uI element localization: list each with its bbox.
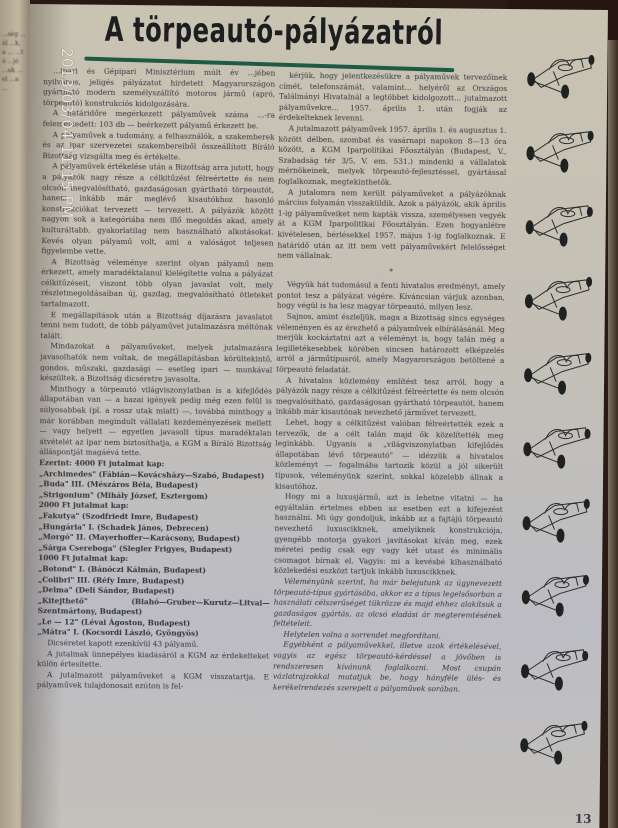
article-title: A törpeautó-pályázatról bbox=[105, 11, 444, 53]
paragraph: A pályaművek értékelése után a Bizottság… bbox=[41, 161, 274, 259]
mini-car-sketch-icon bbox=[518, 113, 599, 176]
paragraph: A hivatalos közlemény említést tesz arró… bbox=[276, 375, 504, 420]
paragraph: A jutalomra nem került pályaműveket a pá… bbox=[277, 187, 506, 264]
mini-car-sketch-icon bbox=[517, 261, 598, 324]
paragraph: A Bizottság véleménye szerint olyan pály… bbox=[41, 257, 274, 312]
paragraph: A jutalmak ünnepélyes kiadásáról a KGM a… bbox=[37, 649, 269, 673]
paragraph: E megállapítások után a Bizottság díjazá… bbox=[40, 310, 272, 344]
awards-list: Ezerint: 4000 Ft jutalmat kap:„Archimede… bbox=[37, 458, 271, 641]
award-entry: „Kitejthető" (Blahó—Gruber—Kurutz—Litvai… bbox=[38, 596, 270, 620]
paragraph: Egyébként a pályaművekkel, illetve azok … bbox=[273, 640, 502, 695]
paragraph: A jutalmazott pályaműveket a KGM visszat… bbox=[37, 670, 269, 694]
camera-timestamp-overlay: 2013/03/04 11:15 PM bbox=[58, 48, 76, 219]
paragraph: Hogy mi a luxusjármű, azt is lehetne vit… bbox=[274, 492, 503, 579]
paragraph: A jutalmazott pályaművek 1957. április 1… bbox=[278, 124, 507, 190]
paragraph: Mindazokat a pályaműveket, melyek jutalm… bbox=[40, 342, 272, 387]
column-1-closing: Dicséretet kapott ezenkívül 43 pályamű.A… bbox=[37, 638, 270, 693]
paragraph: A határidőre megérkezett pályaművek szám… bbox=[43, 109, 275, 133]
car-illustrations bbox=[512, 39, 605, 780]
page-number: 13 bbox=[575, 812, 592, 826]
mini-car-sketch-icon bbox=[513, 631, 594, 694]
paragraph: Végyük hát tudomásul a fenti hivatalos e… bbox=[277, 280, 505, 314]
paragraph: Sajnos, amint észleljük, maga a Bizottsá… bbox=[276, 312, 505, 378]
column-2-italic-paragraphs: Véleményünk szerint, ha már belejutunk a… bbox=[273, 576, 502, 695]
article-column-2: kérjük, hogy jelentkezésükre a pályaműve… bbox=[273, 71, 508, 696]
magazine-page: A törpeautó-pályázatról ...ipari és Gépi… bbox=[21, 4, 608, 828]
mini-car-sketch-icon bbox=[512, 705, 593, 768]
mini-car-sketch-icon bbox=[515, 409, 596, 472]
paragraph: Véleményünk szerint, ha már belejutunk a… bbox=[273, 576, 502, 631]
paragraph: Lehet, hogy a célkitűzést valóban félreé… bbox=[275, 418, 504, 495]
paragraph: ...ipari és Gépipari Minisztérium múlt é… bbox=[43, 66, 275, 111]
column-2-paragraphs-a: kérjük, hogy jelentkezésükre a pályaműve… bbox=[277, 71, 507, 264]
paragraph: A pályaművek a tudomány, a felhasználók,… bbox=[42, 130, 274, 164]
page-edge-shadow bbox=[608, 40, 618, 828]
mini-car-sketch-icon bbox=[519, 39, 600, 102]
column-2-paragraphs-b: Végyük hát tudomásul a fenti hivatalos e… bbox=[274, 280, 505, 579]
mini-car-sketch-icon bbox=[514, 483, 595, 546]
paragraph: Minthogy a törpeautó világviszonylatban … bbox=[39, 384, 272, 461]
mini-car-sketch-icon bbox=[516, 335, 597, 398]
left-page-text: ...ség ...ál ...k, a ... ...tó ...jó ...… bbox=[2, 30, 26, 93]
mini-car-sketch-icon bbox=[517, 187, 598, 250]
paragraph: kérjük, hogy jelentkezésükre a pályaműve… bbox=[279, 71, 508, 126]
mini-car-sketch-icon bbox=[514, 557, 595, 620]
section-separator: * bbox=[277, 265, 505, 278]
